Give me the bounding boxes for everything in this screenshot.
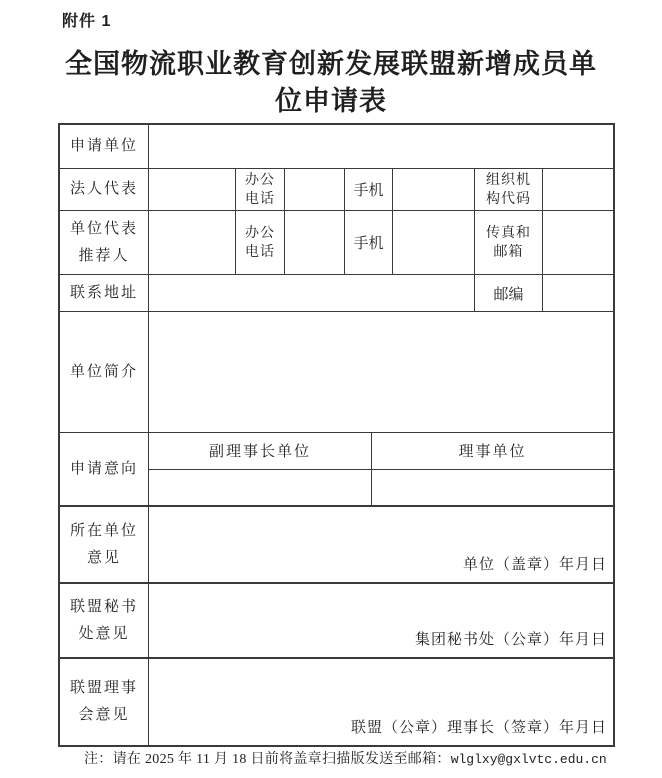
recommender-value-cell	[149, 211, 236, 274]
table-row-profile: 单位简介	[60, 312, 613, 433]
org-code-value-cell	[543, 169, 613, 210]
table-row-applicant: 申请单位	[60, 125, 613, 169]
unit-opinion-label: 所在单位 意见	[60, 507, 149, 582]
postcode-label: 邮编	[475, 275, 543, 311]
secretariat-opinion-label: 联盟秘书 处意见	[60, 584, 149, 657]
recommender-office-phone-value-cell	[285, 211, 345, 274]
legal-rep-label: 法人代表	[60, 169, 149, 210]
table-row-council-opinion: 联盟理事 会意见 联盟（公章）理事长（签章）年月日	[60, 659, 613, 745]
intention-header-row: 副理事长单位 理事单位	[149, 433, 613, 470]
fax-email-value-cell	[543, 211, 613, 274]
profile-value-cell	[149, 312, 613, 432]
legal-rep-value-cell	[149, 169, 236, 210]
intention-value-row	[149, 470, 613, 506]
legal-mobile-value-cell	[393, 169, 475, 210]
recommender-label: 单位代表 推荐人	[60, 211, 149, 274]
applicant-unit-label: 申请单位	[60, 125, 149, 168]
page-title: 全国物流职业教育创新发展联盟新增成员单 位申请表	[40, 46, 622, 120]
recommender-mobile-value-cell	[393, 211, 475, 274]
footer-note-text: 注：请在 2025 年 11 月 18 日前将盖章扫描版发送至邮箱：	[84, 752, 451, 767]
postcode-value-cell	[543, 275, 613, 311]
unit-opinion-sign-cell: 单位（盖章）年月日	[149, 507, 613, 582]
table-row-secretariat-opinion: 联盟秘书 处意见 集团秘书处（公章）年月日	[60, 584, 613, 659]
vice-chairman-unit-value-cell	[149, 470, 372, 506]
profile-label: 单位简介	[60, 312, 149, 432]
attachment-label: 附件 1	[62, 8, 111, 31]
vice-chairman-unit-header: 副理事长单位	[149, 433, 372, 469]
address-label: 联系地址	[60, 275, 149, 311]
recommender-mobile-label: 手机	[345, 211, 393, 274]
org-code-label: 组织机 构代码	[475, 169, 543, 210]
footer-note: 注：请在 2025 年 11 月 18 日前将盖章扫描版发送至邮箱：wlglxy…	[84, 748, 607, 768]
legal-office-phone-value-cell	[285, 169, 345, 210]
council-unit-header: 理事单位	[372, 433, 613, 469]
table-row-legal-rep: 法人代表 办公 电话 手机 组织机 构代码	[60, 169, 613, 211]
council-opinion-sign-text: 联盟（公章）理事长（签章）年月日	[351, 716, 607, 737]
secretariat-opinion-sign-text: 集团秘书处（公章）年月日	[415, 628, 607, 649]
application-table: 申请单位 法人代表 办公 电话 手机 组织机 构代码 单位代表 推荐人 办公 电…	[58, 123, 615, 747]
council-unit-value-cell	[372, 470, 613, 506]
intention-label: 申请意向	[60, 433, 149, 505]
fax-email-label: 传真和 邮箱	[475, 211, 543, 274]
document-page: { "doc": { "attachment": "附件 1", "title"…	[0, 0, 662, 778]
secretariat-opinion-sign-cell: 集团秘书处（公章）年月日	[149, 584, 613, 657]
footer-note-email: wlglxy@gxlvtc.edu.cn	[451, 752, 607, 767]
table-row-recommender: 单位代表 推荐人 办公 电话 手机 传真和 邮箱	[60, 211, 613, 275]
address-value-cell	[149, 275, 475, 311]
legal-office-phone-label: 办公 电话	[236, 169, 285, 210]
legal-mobile-label: 手机	[345, 169, 393, 210]
table-row-intention: 申请意向 副理事长单位 理事单位	[60, 433, 613, 507]
recommender-office-phone-label: 办公 电话	[236, 211, 285, 274]
unit-opinion-sign-text: 单位（盖章）年月日	[463, 553, 607, 574]
table-row-unit-opinion: 所在单位 意见 单位（盖章）年月日	[60, 507, 613, 584]
table-row-address: 联系地址 邮编	[60, 275, 613, 312]
intention-subtable: 副理事长单位 理事单位	[149, 433, 613, 505]
council-opinion-label: 联盟理事 会意见	[60, 659, 149, 745]
applicant-unit-value-cell	[149, 125, 613, 168]
council-opinion-sign-cell: 联盟（公章）理事长（签章）年月日	[149, 659, 613, 745]
